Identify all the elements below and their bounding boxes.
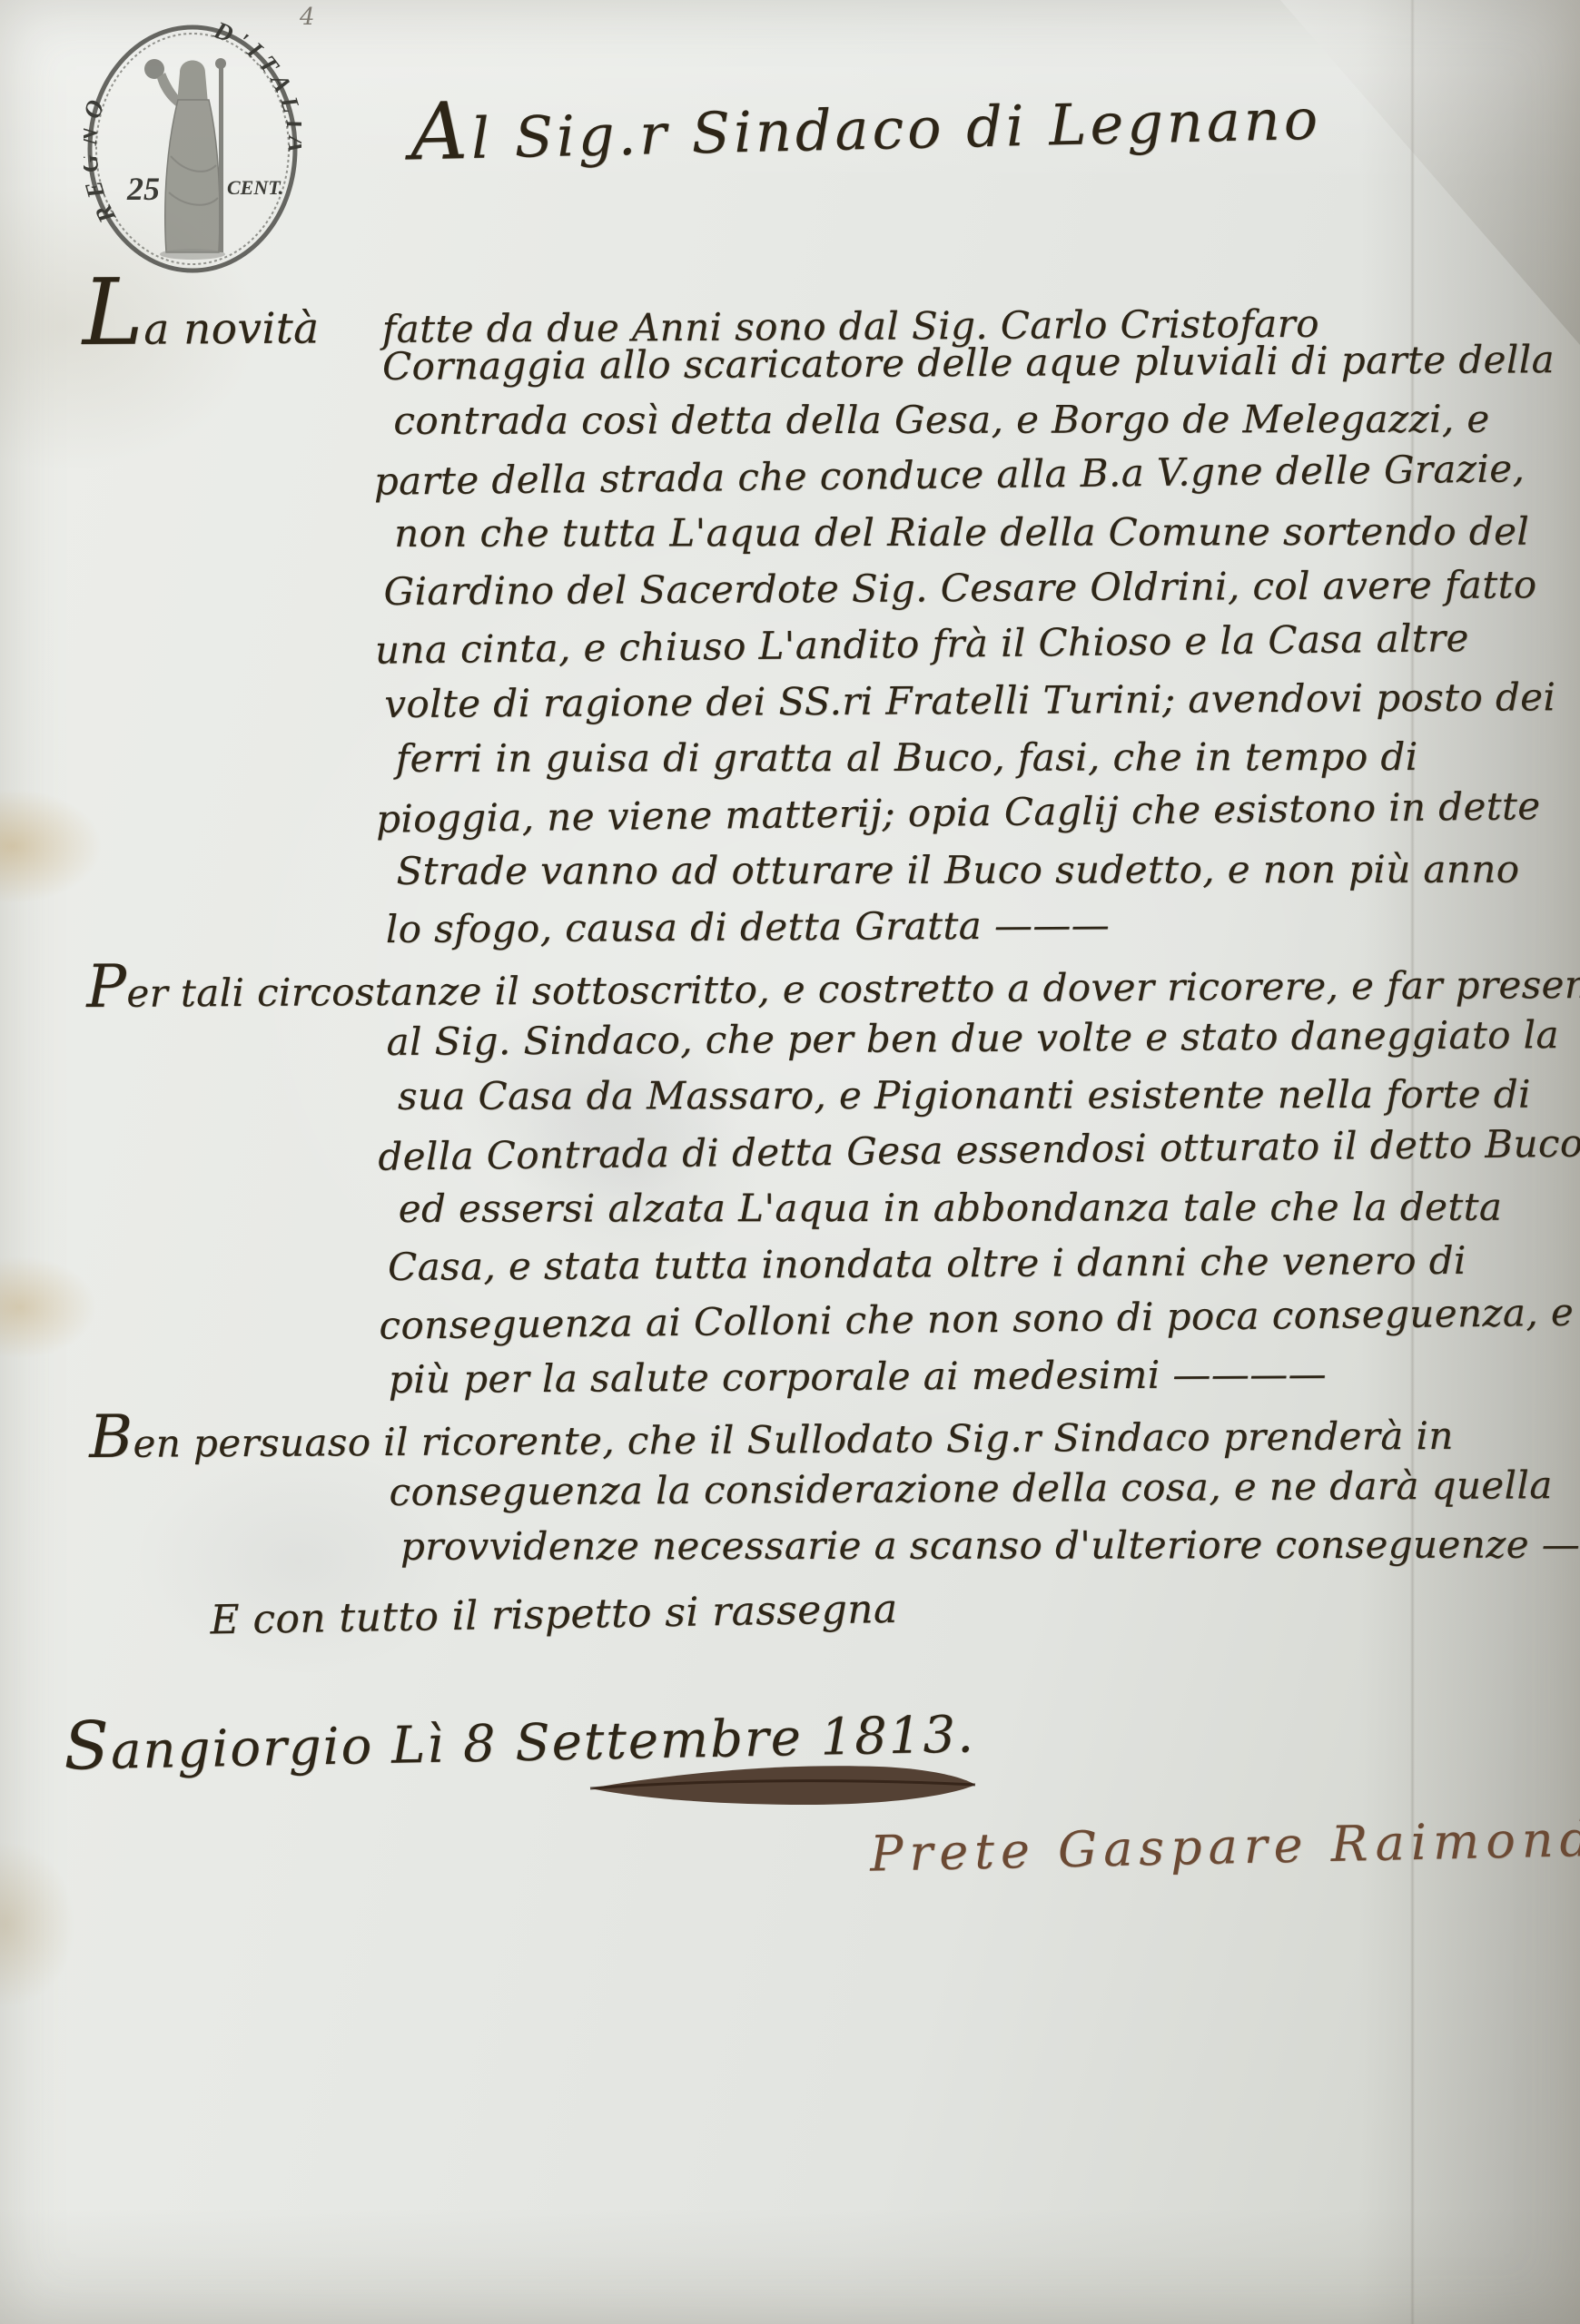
revenue-stamp: REGNO D'ITALIA 25 CENT. <box>84 20 301 280</box>
stamp-arc-left-text: REGNO <box>84 89 122 228</box>
paragraph-3-lines: conseguenza la considerazione della cosa… <box>89 1457 1579 1579</box>
manuscript-line: ferri in guisa di gratta al Buco, fasi, … <box>85 729 1575 788</box>
stamp-value: 25 <box>126 171 160 207</box>
pen-mark: 4 <box>300 4 315 31</box>
manuscript-line: lo sfogo, causa di detta Gratta ——— <box>86 894 1575 960</box>
manuscript-line: conseguenza la considerazione della cosa… <box>89 1457 1578 1522</box>
manuscript-line: della Contrada di detta Gesa essendosi o… <box>87 1116 1577 1189</box>
manuscript-line: parte della strada che conduce alla B.a … <box>83 440 1573 514</box>
paragraph-1-lines: Cornaggia allo scaricatore delle aque pl… <box>83 331 1575 960</box>
stamp-unit: CENT. <box>227 176 283 199</box>
manuscript-line: ed essersi alzata L'aqua in abbondanza t… <box>88 1179 1577 1238</box>
manuscript-line: Strade vanno ad otturare il Buco sudetto… <box>85 842 1575 901</box>
paragraph-3: Ben persuaso il ricorente, che il Sullod… <box>89 1401 1579 1579</box>
paragraph-2: Per tali circostanze il sottoscritto, e … <box>86 950 1578 1410</box>
manuscript-line: pioggia, ne viene matterij; opia Caglij … <box>85 778 1575 852</box>
manuscript-page: REGNO D'ITALIA 25 CENT. 4 Al Sig.r Sinda… <box>0 0 1580 2324</box>
signature: Prete Gaspare Raimondi <box>869 1809 1580 1882</box>
quill-flourish <box>588 1758 979 1816</box>
manuscript-line: al Sig. Sindaco, che per ben due volte e… <box>86 1007 1575 1072</box>
manuscript-line: sua Casa da Massaro, e Pigionanti esiste… <box>87 1067 1576 1126</box>
manuscript-line: Ben persuaso il ricorente, che il Sullod… <box>89 1401 1578 1466</box>
manuscript-line: Per tali circostanze il sottoscritto, e … <box>86 950 1575 1016</box>
paragraph-2-lines: al Sig. Sindaco, che per ben due volte e… <box>86 1007 1578 1410</box>
letter-body: La novitàfatte da due Anni sono dal Sig.… <box>82 275 1579 1638</box>
manuscript-line: contrada così detta della Gesa, e Borgo … <box>83 391 1572 450</box>
stamp-arc-right-text: D'ITALIA <box>210 20 301 159</box>
closing-formula: E con tutto il rispetto si rassegna <box>90 1574 1580 1645</box>
manuscript-line: provvidenze necessarie a scanso d'ulteri… <box>90 1517 1579 1576</box>
manuscript-line: non che tutta L'aqua del Riale della Com… <box>84 504 1573 563</box>
allegorical-figure-icon <box>144 58 226 260</box>
manuscript-line: La novitàfatte da due Anni sono dal Sig.… <box>82 275 1571 340</box>
paragraph-lead: La novità <box>82 282 381 359</box>
paragraph-1: La novitàfatte da due Anni sono dal Sig.… <box>82 275 1575 960</box>
letter-heading: Al Sig.r Sindaco di Legnano <box>410 66 1322 179</box>
